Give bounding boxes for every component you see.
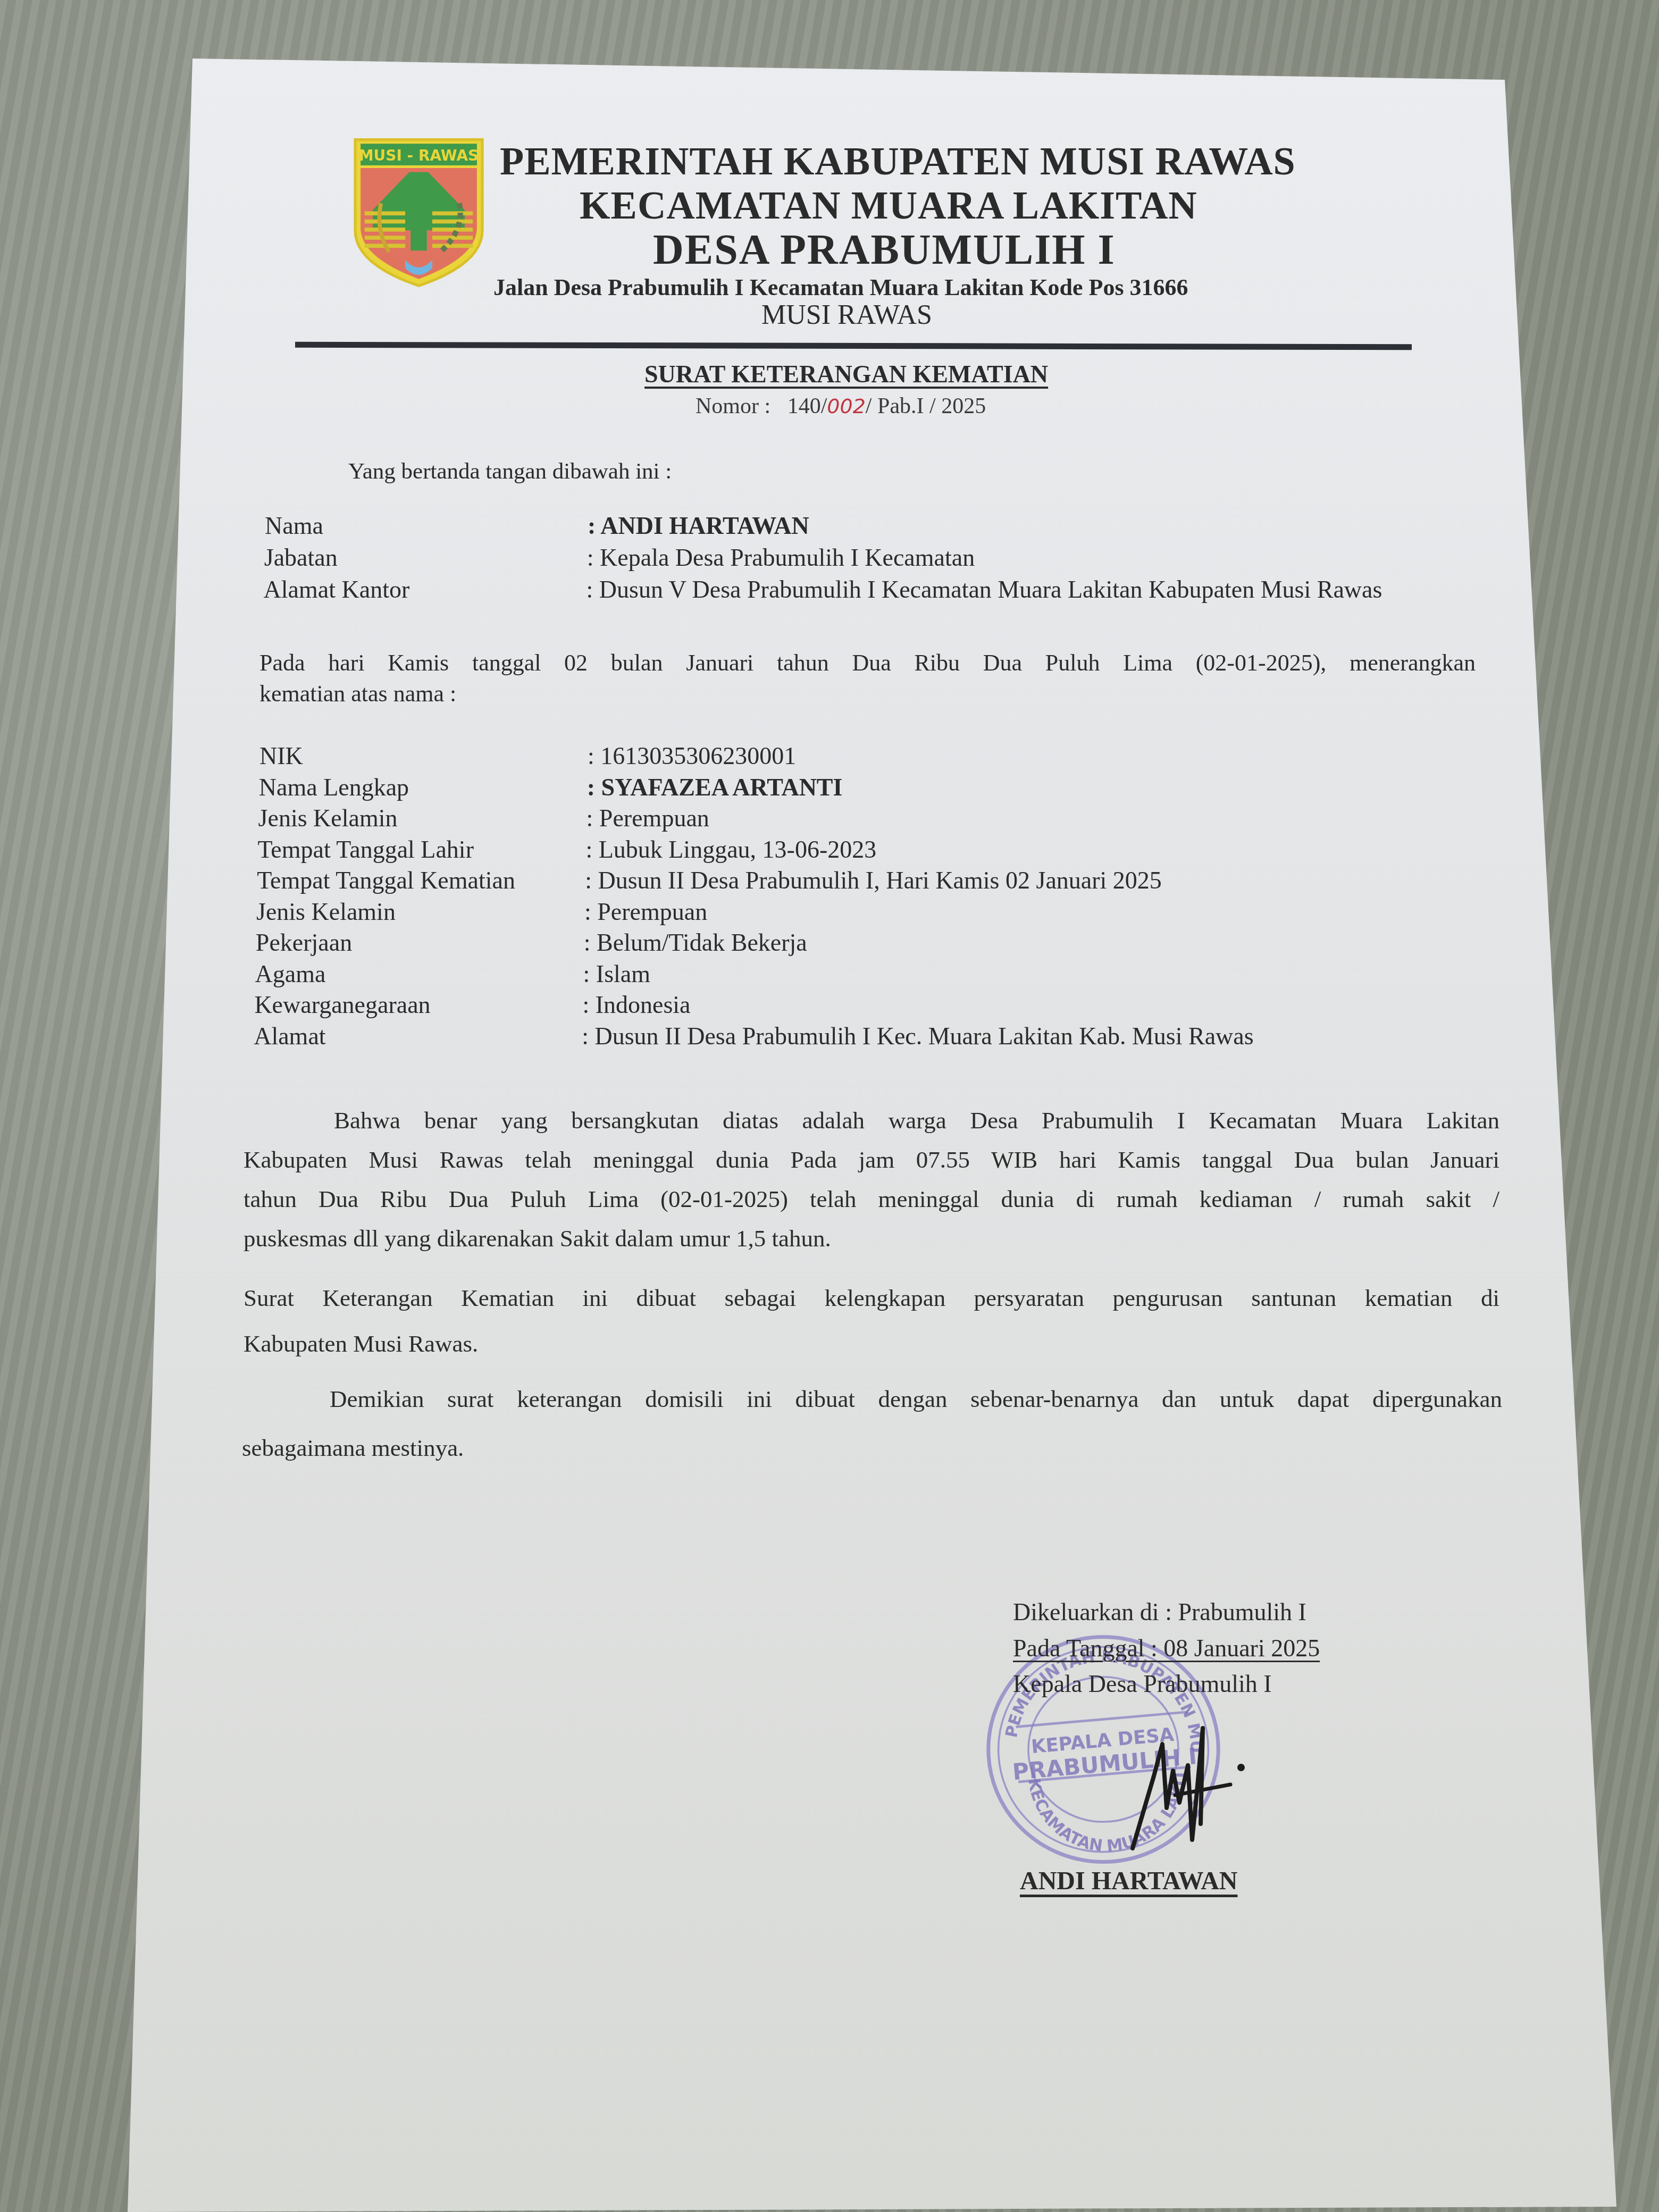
signatory-intro: Yang bertanda tangan dibawah ini : [348,458,672,484]
document-number-prefix: 140/ [787,394,827,418]
field-label: Kewarganegaraan [254,991,430,1019]
svg-text:MUSI - RAWAS: MUSI - RAWAS [359,147,479,164]
field-value: : Indonesia [582,991,690,1019]
field-label: Tempat Tanggal Kematian [257,866,515,894]
paragraph-line: Pada hari Kamis tanggal 02 bulan Januari… [259,648,1476,678]
paragraph-line: kematian atas nama : [259,678,1476,709]
letterhead-divider [295,342,1412,350]
issued-date: Pada Tanggal : 08 Januari 2025 [1013,1634,1320,1662]
field-label: Nama Lengkap [259,773,409,801]
field-label: NIK [259,742,303,770]
handwritten-signature-icon [1111,1712,1260,1850]
field-label: Alamat [254,1022,325,1050]
document-number-handwritten: 002 [827,395,866,418]
document: MUSI - RAWAS PEMERINTAH KABUPATEN MUSI R… [0,0,1659,2212]
statement-paragraph: Pada hari Kamis tanggal 02 bulan Januari… [259,648,1476,709]
letterhead-line-2: KECAMATAN MUARA LAKITAN [580,183,1197,229]
paragraph-line: Bahwa benar yang bersangkutan diatas ada… [244,1101,1499,1140]
paragraph-line: Kabupaten Musi Rawas telah meninggal dun… [244,1140,1499,1179]
field-value: : ANDI HARTAWAN [588,512,809,540]
field-label: Alamat Kantor [264,575,410,604]
field-value: : Perempuan [584,898,707,926]
field-value: : Perempuan [586,804,709,832]
issued-at: Dikeluarkan di : Prabumulih I [1013,1598,1306,1626]
field-label: Jenis Kelamin [256,898,396,926]
field-value: : Dusun II Desa Prabumulih I, Hari Kamis… [585,866,1162,894]
signer-position: Kepala Desa Prabumulih I [1013,1670,1272,1698]
letterhead-line-1: PEMERINTAH KABUPATEN MUSI RAWAS [500,139,1296,185]
document-number-suffix: / Pab.I / 2025 [866,394,986,418]
letterhead-address: Jalan Desa Prabumulih I Kecamatan Muara … [493,274,1188,301]
body-paragraph-1: Bahwa benar yang bersangkutan diatas ada… [244,1101,1499,1258]
field-value: : Belum/Tidak Bekerja [584,928,807,957]
document-number: Nomor : 140/002/ Pab.I / 2025 [696,393,986,419]
field-value: : 1613035306230001 [588,742,796,770]
field-label: Nama [265,512,323,540]
body-paragraph-3: Demikian surat keterangan domisili ini d… [242,1375,1502,1472]
field-value: : Islam [583,960,650,988]
musi-rawas-emblem-icon: MUSI - RAWAS [351,136,487,290]
field-value: : Lubuk Linggau, 13-06-2023 [585,835,876,864]
field-value: : SYAFAZEA ARTANTI [587,773,843,801]
field-label: Jabatan [264,543,338,572]
field-value: : Kepala Desa Prabumulih I Kecamatan [587,543,975,572]
field-value: : Dusun V Desa Prabumulih I Kecamatan Mu… [586,575,1382,604]
field-value: : Dusun II Desa Prabumulih I Kec. Muara … [582,1022,1253,1050]
paragraph-line: Surat Keterangan Kematian ini dibuat seb… [244,1275,1499,1321]
field-label: Agama [255,960,326,988]
letterhead-line-3: DESA PRABUMULIH I [653,226,1116,274]
paragraph-line: Kabupaten Musi Rawas. [244,1321,1499,1367]
document-number-label: Nomor : [696,394,770,418]
document-title: SURAT KETERANGAN KEMATIAN [644,360,1048,388]
body-paragraph-2: Surat Keterangan Kematian ini dibuat seb… [244,1275,1499,1367]
field-label: Jenis Kelamin [258,804,398,832]
letterhead-city: MUSI RAWAS [761,299,932,331]
paragraph-line: Demikian surat keterangan domisili ini d… [242,1375,1502,1423]
signer-name: ANDI HARTAWAN [1020,1866,1237,1896]
paragraph-line: tahun Dua Ribu Dua Puluh Lima (02-01-202… [244,1179,1499,1219]
paragraph-line: sebagaimana mestinya. [242,1423,1502,1472]
field-label: Pekerjaan [256,928,352,957]
field-label: Tempat Tanggal Lahir [257,835,474,864]
paragraph-line: puskesmas dll yang dikarenakan Sakit dal… [244,1219,1499,1258]
